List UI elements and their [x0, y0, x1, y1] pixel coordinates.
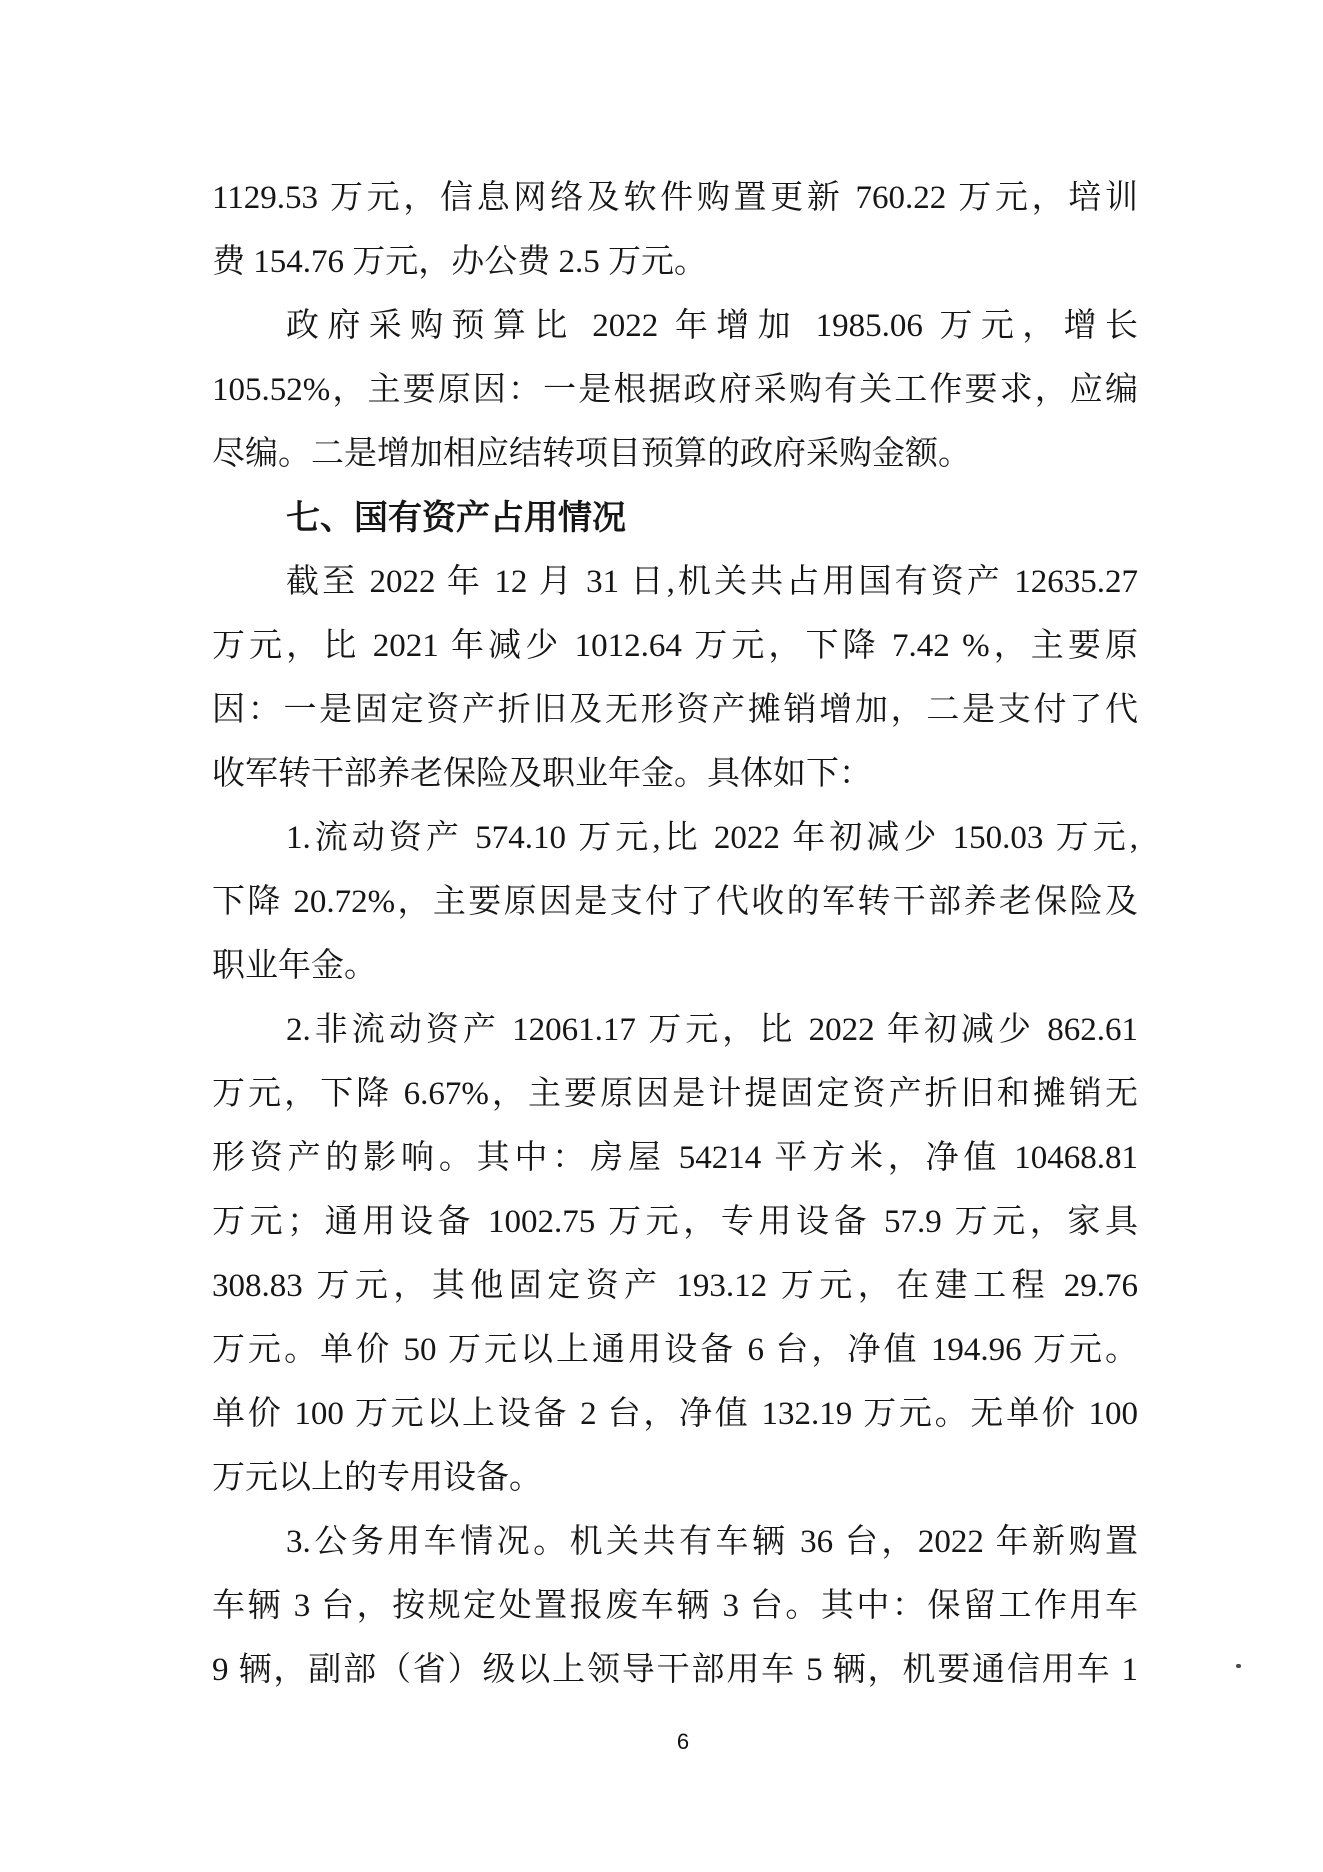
scan-artifact-dot [1236, 1664, 1241, 1668]
body-line: 105.52%，主要原因：一是根据政府采购有关工作要求，应编 [212, 358, 1138, 422]
body-line: 单价 100 万元以上设备 2 台，净值 132.19 万元。无单价 100 [212, 1382, 1138, 1446]
body-line: 因：一是固定资产折旧及无形资产摊销增加，二是支付了代 [212, 678, 1138, 742]
body-line: 3.公务用车情况。机关共有车辆 36 台，2022 年新购置 [212, 1510, 1138, 1574]
body-line: 费 154.76 万元，办公费 2.5 万元。 [212, 230, 1138, 294]
body-line: 2.非流动资产 12061.17 万元，比 2022 年初减少 862.61 [212, 998, 1138, 1062]
body-line: 形资产的影响。其中：房屋 54214 平方米，净值 10468.81 [212, 1126, 1138, 1190]
body-line: 1129.53 万元，信息网络及软件购置更新 760.22 万元，培训 [212, 166, 1138, 230]
document-page: 1129.53 万元，信息网络及软件购置更新 760.22 万元，培训 费 15… [0, 0, 1323, 1872]
body-line: 万元。单价 50 万元以上通用设备 6 台，净值 194.96 万元。 [212, 1318, 1138, 1382]
body-line: 万元，比 2021 年减少 1012.64 万元，下降 7.42 %，主要原 [212, 614, 1138, 678]
body-line: 尽编。二是增加相应结转项目预算的政府采购金额。 [212, 422, 1138, 486]
body-line: 截至 2022 年 12 月 31 日,机关共占用国有资产 12635.27 [212, 550, 1138, 614]
body-text-block: 1129.53 万元，信息网络及软件购置更新 760.22 万元，培训 费 15… [212, 166, 1138, 1702]
body-line: 9 辆，副部（省）级以上领导干部用车 5 辆，机要通信用车 1 [212, 1638, 1138, 1702]
body-line: 1.流动资产 574.10 万元,比 2022 年初减少 150.03 万元, [212, 806, 1138, 870]
body-line: 万元以上的专用设备。 [212, 1446, 1138, 1510]
page-number: 6 [633, 1722, 733, 1762]
section-heading: 七、国有资产占用情况 [212, 486, 1138, 550]
body-line: 308.83 万元，其他固定资产 193.12 万元，在建工程 29.76 [212, 1254, 1138, 1318]
body-line: 万元，下降 6.67%，主要原因是计提固定资产折旧和摊销无 [212, 1062, 1138, 1126]
body-line: 收军转干部养老保险及职业年金。具体如下： [212, 742, 1138, 806]
body-line: 职业年金。 [212, 934, 1138, 998]
body-line: 车辆 3 台，按规定处置报废车辆 3 台。其中：保留工作用车 [212, 1574, 1138, 1638]
body-line: 万元；通用设备 1002.75 万元，专用设备 57.9 万元，家具 [212, 1190, 1138, 1254]
body-line: 政府采购预算比 2022 年增加 1985.06 万元，增长 [212, 294, 1138, 358]
body-line: 下降 20.72%，主要原因是支付了代收的军转干部养老保险及 [212, 870, 1138, 934]
